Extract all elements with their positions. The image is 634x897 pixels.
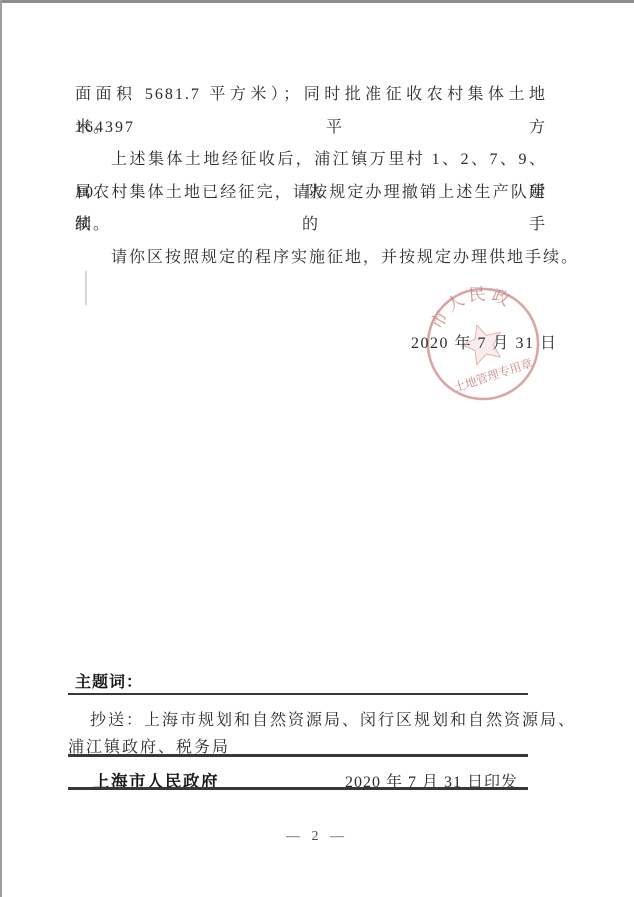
seal-arc-text: 市人民政	[420, 273, 520, 337]
seal-bottom-text: 土地管理专用章	[452, 355, 535, 395]
cc-line-1: 抄送：上海市规划和自然资源局、闵行区规划和自然资源局、	[68, 707, 530, 730]
footer-rule-2	[68, 754, 528, 757]
subject-label: 主题词：	[75, 669, 143, 692]
scan-edge-left	[0, 0, 2, 897]
scan-edge-top	[0, 0, 634, 3]
body-text: 面面积 5681.7 平方米）；同时批准征收农村集体土地 164397 平方 米…	[75, 79, 547, 275]
body-line: 上述集体土地经征收后，浦江镇万里村 1、2、7、9、10 队所	[75, 144, 547, 177]
body-line: 请你区按照规定的程序实施征地，并按规定办理供地手续。	[75, 242, 547, 275]
body-line: 面面积 5681.7 平方米）；同时批准征收农村集体土地 164397 平方	[75, 79, 547, 112]
footer-rule-3	[68, 787, 528, 790]
footer-rule-1	[68, 693, 528, 695]
body-line: 属农村集体土地已经征完，请按规定办理撤销上述生产队建制的手	[75, 177, 547, 210]
scan-smudge-artifact	[85, 271, 87, 305]
sign-date: 2020 年 7 月 31 日	[411, 330, 558, 353]
page-number: — 2 —	[0, 829, 634, 845]
scanned-document-page: 面面积 5681.7 平方米）；同时批准征收农村集体土地 164397 平方 米…	[0, 0, 634, 897]
